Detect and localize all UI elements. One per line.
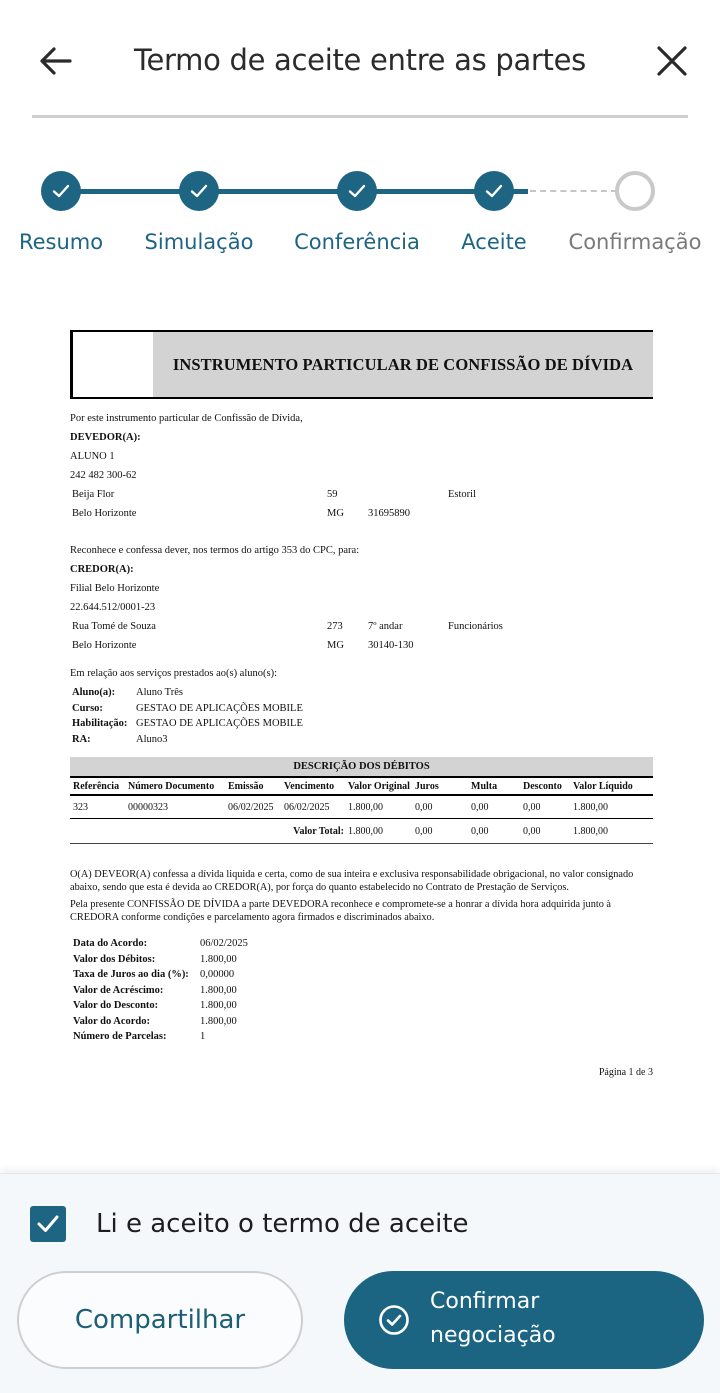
field-value: GESTAO DE APLICAÇÕES MOBILE <box>136 701 303 717</box>
agreement-field: Valor dos Débitos:1.800,00 <box>73 952 653 968</box>
step-label: Aceite <box>461 230 526 254</box>
field-label: Aluno(a): <box>72 685 136 701</box>
student-field: Curso:GESTAO DE APLICAÇÕES MOBILE <box>72 701 653 717</box>
step-indicator-aceite <box>474 171 514 211</box>
back-button[interactable] <box>34 40 78 84</box>
field-value: Aluno Três <box>136 685 183 701</box>
agreement-info: Data do Acordo:06/02/2025Valor dos Débit… <box>70 936 653 1045</box>
step-label: Conferência <box>294 230 420 254</box>
step-label: Simulação <box>145 230 254 254</box>
column-header: Juros <box>415 781 471 792</box>
commitment-paragraph: Pela presente CONFISSÃO DE DÍVIDA a part… <box>70 898 653 924</box>
total-cell: 0,00 <box>523 826 573 837</box>
arrow-left-icon <box>34 40 78 84</box>
debts-heading: DESCRIÇÃO DOS DÉBITOS <box>70 757 653 776</box>
field-value: 1 <box>200 1029 205 1045</box>
confession-paragraph: O(A) DEVEOR(A) confessa a dívida liquida… <box>70 868 653 894</box>
step-connector <box>530 190 617 192</box>
student-field: Habilitação:GESTAO DE APLICAÇÕES MOBILE <box>72 716 653 732</box>
student-field: RA:Aluno3 <box>72 732 653 748</box>
debtor-name: ALUNO 1 <box>70 447 653 466</box>
total-label: Valor Total: <box>70 826 348 837</box>
field-label: Valor do Acordo: <box>73 1014 200 1030</box>
debtor-zip: 31695890 <box>368 504 410 523</box>
debtor-district: Estoril <box>448 485 476 504</box>
debtor-city: Belo Horizonte <box>72 504 136 523</box>
document-title: INSTRUMENTO PARTICULAR DE CONFISSÃO DE D… <box>153 332 653 397</box>
table-cell: 1.800,00 <box>573 802 649 813</box>
debts-table: DESCRIÇÃO DOS DÉBITOS ReferênciaNúmero D… <box>70 757 653 844</box>
step-connector <box>217 189 339 194</box>
step-indicator-simulação <box>179 171 219 211</box>
agreement-field: Data do Acordo:06/02/2025 <box>73 936 653 952</box>
table-cell: 0,00 <box>415 802 471 813</box>
debtor-city-line: Belo Horizonte MG 31695890 <box>70 504 653 523</box>
debtor-heading: DEVEDOR(A): <box>70 428 653 447</box>
close-button[interactable] <box>650 40 694 84</box>
share-button-label: Compartilhar <box>75 1305 245 1335</box>
creditor-district: Funcionários <box>448 617 503 636</box>
creditor-name: Filial Belo Horizonte <box>70 579 653 598</box>
creditor-city-line: Belo Horizonte MG 30140-130 <box>70 636 653 655</box>
agreement-field: Valor de Acréscimo:1.800,00 <box>73 983 653 999</box>
confirm-button-label: Confirmar negociação <box>430 1285 580 1353</box>
recognition-text: Reconhece e confessa dever, nos termos d… <box>70 541 653 560</box>
field-value: Aluno3 <box>136 732 168 748</box>
column-header: Emissão <box>228 781 284 792</box>
agreement-field: Valor do Desconto:1.800,00 <box>73 998 653 1014</box>
step-label: Confirmação <box>569 230 702 254</box>
field-label: Valor dos Débitos: <box>73 952 200 968</box>
field-label: Valor de Acréscimo: <box>73 983 200 999</box>
debt-confession-document: INSTRUMENTO PARTICULAR DE CONFISSÃO DE D… <box>70 330 653 1078</box>
creditor-complement: 7º andar <box>368 617 402 636</box>
debts-total-row: Valor Total:1.800,000,000,000,001.800,00 <box>70 819 653 844</box>
total-cell: 1.800,00 <box>573 826 649 837</box>
check-icon <box>188 180 210 202</box>
action-panel: Li e aceito o termo de aceite Compartilh… <box>0 1173 720 1393</box>
creditor-cnpj: 22.644.512/0001-23 <box>70 598 653 617</box>
total-cell: 0,00 <box>471 826 523 837</box>
field-label: Curso: <box>72 701 136 717</box>
creditor-city: Belo Horizonte <box>72 636 136 655</box>
column-header: Desconto <box>523 781 573 792</box>
column-header: Valor Líquido <box>573 781 649 792</box>
share-button[interactable]: Compartilhar <box>17 1271 303 1369</box>
field-value: GESTAO DE APLICAÇÕES MOBILE <box>136 716 303 732</box>
document-header: INSTRUMENTO PARTICULAR DE CONFISSÃO DE D… <box>70 330 653 399</box>
table-cell: 0,00 <box>471 802 523 813</box>
debtor-cpf: 242 482 300-62 <box>70 466 653 485</box>
creditor-state: MG <box>327 636 344 655</box>
check-icon <box>483 180 505 202</box>
check-circle-icon <box>378 1304 410 1336</box>
student-info: Aluno(a):Aluno TrêsCurso:GESTAO DE APLIC… <box>70 685 653 747</box>
document-logo-area <box>73 332 151 397</box>
field-value: 1.800,00 <box>200 952 237 968</box>
check-icon <box>346 180 368 202</box>
creditor-number: 273 <box>327 617 343 636</box>
column-header: Referência <box>70 781 128 792</box>
table-row: 3230000032306/02/202506/02/20251.800,000… <box>70 796 653 819</box>
column-header: Valor Original <box>348 781 415 792</box>
page-title: Termo de aceite entre as partes <box>100 40 620 80</box>
step-indicator-conferência <box>337 171 377 211</box>
agreement-field: Taxa de Juros ao dia (%):0,00000 <box>73 967 653 983</box>
check-icon <box>50 180 72 202</box>
debtor-address-line: Beija Flor 59 Estoril <box>70 485 653 504</box>
column-header: Número Documento <box>128 781 228 792</box>
field-label: Data do Acordo: <box>73 936 200 952</box>
field-value: 06/02/2025 <box>200 936 248 952</box>
table-cell: 323 <box>70 802 128 813</box>
accept-terms-checkbox[interactable] <box>30 1206 66 1242</box>
field-label: Taxa de Juros ao dia (%): <box>73 967 200 983</box>
column-header: Multa <box>471 781 523 792</box>
debts-header-row: ReferênciaNúmero DocumentoEmissãoVencime… <box>70 776 653 796</box>
agreement-field: Número de Parcelas:1 <box>73 1029 653 1045</box>
document-intro: Por este instrumento particular de Confi… <box>70 409 653 428</box>
table-cell: 0,00 <box>523 802 573 813</box>
step-connector-progress <box>512 189 528 194</box>
table-cell: 00000323 <box>128 802 228 813</box>
column-header: Vencimento <box>284 781 348 792</box>
table-cell: 06/02/2025 <box>228 802 284 813</box>
table-cell: 06/02/2025 <box>284 802 348 813</box>
agreement-field: Valor do Acordo:1.800,00 <box>73 1014 653 1030</box>
total-cell: 1.800,00 <box>348 826 415 837</box>
close-icon <box>650 40 694 84</box>
debtor-state: MG <box>327 504 344 523</box>
total-cell: 0,00 <box>415 826 471 837</box>
field-label: RA: <box>72 732 136 748</box>
step-connector <box>375 189 476 194</box>
field-label: Valor do Desconto: <box>73 998 200 1014</box>
step-indicator-confirmação <box>615 171 655 211</box>
header-divider <box>32 115 688 118</box>
field-value: 1.800,00 <box>200 1014 237 1030</box>
debtor-street: Beija Flor <box>72 485 114 504</box>
app-header: Termo de aceite entre as partes <box>0 0 720 118</box>
field-label: Habilitação: <box>72 716 136 732</box>
page-indicator: Página 1 de 3 <box>70 1067 653 1078</box>
creditor-address-line: Rua Tomé de Souza 273 7º andar Funcionár… <box>70 617 653 636</box>
field-value: 0,00000 <box>200 967 234 983</box>
table-cell: 1.800,00 <box>348 802 415 813</box>
field-value: 1.800,00 <box>200 998 237 1014</box>
services-intro: Em relação aos serviços prestados ao(s) … <box>70 664 653 683</box>
step-indicator-resumo <box>41 171 81 211</box>
checkmark-icon <box>34 1210 62 1238</box>
field-value: 1.800,00 <box>200 983 237 999</box>
accept-terms-label[interactable]: Li e aceito o termo de aceite <box>96 1204 469 1244</box>
creditor-zip: 30140-130 <box>368 636 414 655</box>
creditor-heading: CREDOR(A): <box>70 560 653 579</box>
step-label: Resumo <box>19 230 103 254</box>
creditor-street: Rua Tomé de Souza <box>72 617 156 636</box>
step-connector <box>79 189 181 194</box>
student-field: Aluno(a):Aluno Três <box>72 685 653 701</box>
debtor-number: 59 <box>327 485 338 504</box>
confirm-negotiation-button[interactable]: Confirmar negociação <box>344 1271 704 1369</box>
field-label: Número de Parcelas: <box>73 1029 200 1045</box>
